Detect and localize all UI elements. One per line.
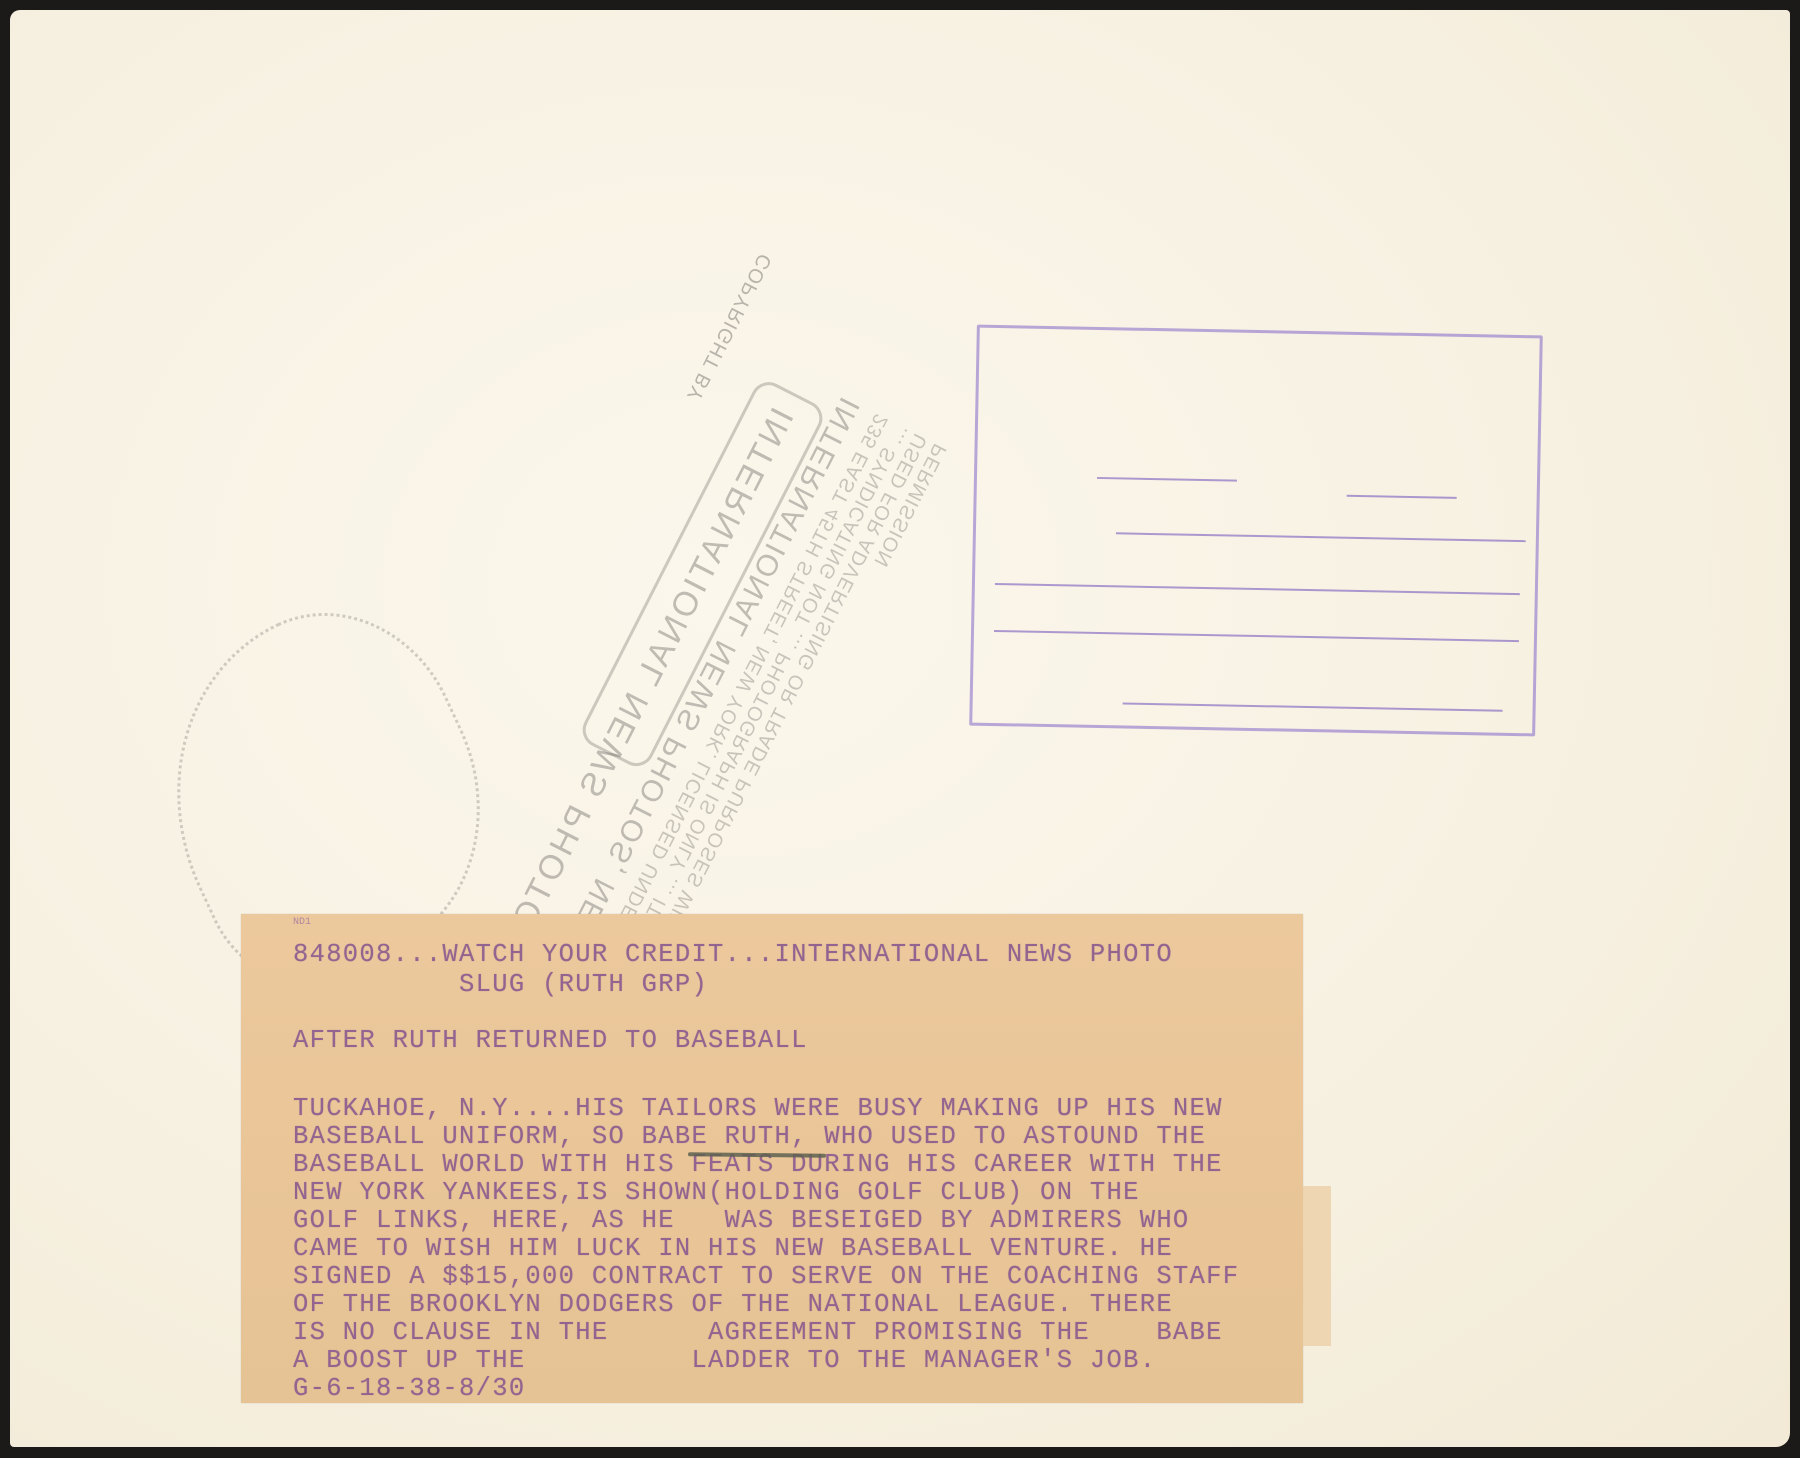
form-stamp-line — [995, 583, 1520, 595]
scroll-banner-icon — [576, 376, 828, 772]
caption-body-line: OF THE BROOKLYN DODGERS OF THE NATIONAL … — [293, 1290, 1173, 1320]
copyright-stamp: COPYRIGHT BY INTERNATIONAL NEWS PHOTOS I… — [170, 260, 990, 920]
caption-body-line: NEW YORK YANKEES,IS SHOWN(HOLDING GOLF C… — [293, 1178, 1140, 1208]
form-stamp-line — [1123, 702, 1503, 711]
caption-body-line: BASEBALL UNIFORM, SO BABE RUTH, WHO USED… — [293, 1122, 1206, 1152]
caption-file-code: G-6-18-38-8/30 — [293, 1374, 525, 1404]
torn-paper-fragment — [1303, 1186, 1331, 1346]
caption-slip: ND1 848008...WATCH YOUR CREDIT...INTERNA… — [241, 914, 1303, 1403]
form-stamp-line — [1097, 477, 1237, 482]
form-stamp-line — [1347, 495, 1457, 499]
form-stamp-line — [994, 630, 1519, 642]
caption-body-line: A BOOST UP THE LADDER TO THE MANAGER'S J… — [293, 1346, 1156, 1376]
caption-body-line: IS NO CLAUSE IN THE AGREEMENT PROMISING … — [293, 1318, 1223, 1348]
caption-body-line: SIGNED A $$15,000 CONTRACT TO SERVE ON T… — [293, 1262, 1239, 1292]
caption-headline: AFTER RUTH RETURNED TO BASEBALL — [293, 1026, 808, 1056]
corner-mark: ND1 — [293, 917, 311, 928]
caption-line-slug: SLUG (RUTH GRP) — [293, 970, 708, 1000]
agency-scroll-label: INTERNATIONAL NEWS PHOTOS — [492, 402, 802, 961]
form-stamp-line — [1116, 532, 1526, 542]
caption-body-line: TUCKAHOE, N.Y....HIS TAILORS WERE BUSY M… — [293, 1094, 1223, 1124]
caption-line-credit: 848008...WATCH YOUR CREDIT...INTERNATION… — [293, 940, 1173, 970]
photo-verso: COPYRIGHT BY INTERNATIONAL NEWS PHOTOS I… — [10, 10, 1790, 1447]
copyright-label: COPYRIGHT BY — [683, 251, 777, 406]
caption-body-line: CAME TO WISH HIM LUCK IN HIS NEW BASEBAL… — [293, 1234, 1173, 1264]
form-stamp-box — [969, 325, 1543, 737]
caption-body-line: GOLF LINKS, HERE, AS HE WAS BESEIGED BY … — [293, 1206, 1190, 1236]
